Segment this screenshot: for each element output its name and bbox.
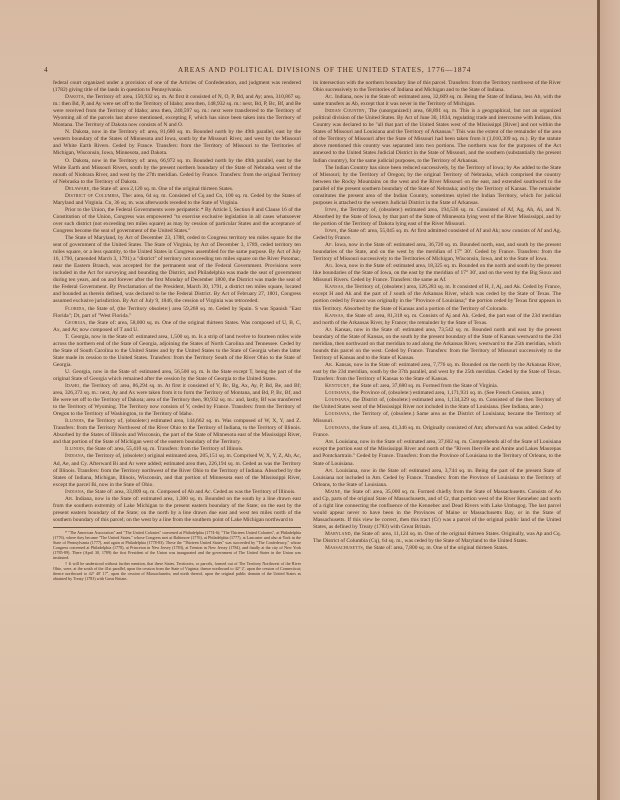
entry-text: the Territory of, (obsolete:) estimated … — [53, 418, 301, 445]
paragraph: Dakota, the Territory of: area, 150,932 … — [53, 94, 301, 129]
entry-text: the State of: area, 81,318 sq. m. Consis… — [313, 313, 561, 326]
entry-text: Prior to the Union, the Federal Governme… — [53, 207, 301, 234]
entry-text: Iowa, now in the State of: estimated are… — [313, 242, 561, 262]
paragraph: Iowa, the Territory of, (obsolete:) esti… — [313, 207, 561, 228]
paragraph: its intersection with the northern bound… — [313, 80, 561, 94]
paragraph: The State of Maryland, by Act of Decembe… — [53, 235, 301, 305]
entry-heading: Louisiana, — [325, 411, 351, 417]
entry-heading: Kentucky, — [325, 383, 351, 389]
paragraph: Kentucky, the State of: area, 37,680 sq.… — [313, 383, 561, 390]
entry-heading: Georgia, — [65, 320, 87, 326]
running-title: AREAS AND POLITICAL DIVISIONS OF THE UNI… — [178, 66, 471, 74]
paragraph: Indian Country, The (unorganized:) area,… — [313, 108, 561, 164]
entry-text: the State of: area, 35,000 sq. m. Formed… — [313, 489, 561, 530]
entry-text: the State of: area, 37,680 sq. m. Formed… — [351, 383, 498, 389]
paragraph: Prior to the Union, the Federal Governme… — [53, 207, 301, 235]
paragraph: Ak. Kansas, now in the State of: estimat… — [313, 362, 561, 383]
entry-heading: Louisiana, — [325, 425, 351, 431]
entry-text: The Indian Country has since been reduce… — [313, 165, 561, 206]
paragraph: N. Dakota, now in the Territory of: area… — [53, 129, 301, 157]
paragraph: Maine, the State of: area, 35,000 sq. m.… — [313, 489, 561, 531]
page-number: 4 — [44, 66, 49, 74]
entry-text: Louisiana, now in the State of: estimate… — [313, 439, 561, 466]
paragraph: Kansas, the Territory of, (obsolete:) ar… — [313, 284, 561, 312]
paragraph: The Indian Country has since been reduce… — [313, 165, 561, 207]
entry-heading: Maine, — [325, 489, 342, 495]
paragraph: An. Louisiana, now in the State of: esti… — [313, 468, 561, 489]
paragraph: Ab. Indiana, now in the State of: estima… — [53, 496, 301, 524]
entry-text: the State of, (the Territory obsolete:) … — [53, 306, 301, 319]
entry-text: the State of: area, 41,346 sq. m. Origin… — [313, 425, 561, 438]
paragraph: Idaho, the Territory of: area, 86,294 sq… — [53, 383, 301, 418]
entry-heading: Iowa, — [325, 207, 338, 213]
footnote-rule — [53, 527, 301, 528]
entry-heading: Kansas, — [325, 284, 345, 290]
paragraph: Ag. Iowa, now in the State of: estimated… — [313, 263, 561, 284]
entry-heading: Louisiana, — [325, 397, 351, 403]
entry-text: the State of: area 2,120 sq. m. One of t… — [91, 186, 233, 192]
paragraph: Georgia, the State of: area, 58,000 sq. … — [53, 320, 301, 334]
entry-text: the Territory of, (obsolete:) estimated … — [313, 207, 561, 227]
entry-heading: Indian Country, — [325, 108, 366, 114]
paragraph: Kansas, the State of: area, 81,318 sq. m… — [313, 313, 561, 327]
paragraph: Af. Iowa, now in the State of: estimated… — [313, 242, 561, 263]
entry-text: the Territory of, (obsolete.) Same area … — [313, 411, 561, 424]
entry-text: its intersection with the northern bound… — [313, 80, 561, 93]
entry-text: Georgia, now in the State of: estimated … — [53, 334, 301, 368]
entry-text: The (unorganized:) area, 68,891 sq. m. T… — [313, 108, 561, 163]
entry-heading: Florida, — [65, 306, 86, 312]
footnote: * "The American Association" and "The Un… — [53, 530, 301, 561]
entry-heading: Illinois, — [65, 446, 86, 452]
entry-heading: Maryland, — [325, 531, 352, 537]
paragraph: Florida, the State of, (the Territory ob… — [53, 306, 301, 320]
paragraph: Indiana, the State of: area, 33,809 sq. … — [53, 489, 301, 496]
paragraph: Maryland, the State of: area, 11,124 sq.… — [313, 531, 561, 545]
entry-heading: Kansas, — [325, 313, 345, 319]
paragraph: Illinois, the Territory of, (obsolete:) … — [53, 418, 301, 446]
entry-text: the State of: area, 55,410 sq. m. Transf… — [86, 446, 244, 452]
entry-text: the State of: area, 7,800 sq. m. One of … — [364, 545, 508, 551]
paragraph: Indiana, the Territory of, (obsolete:) o… — [53, 453, 301, 488]
entry-heading: Af. — [325, 242, 333, 248]
entry-text: the State of: area, 55,045 sq. m. At fir… — [313, 228, 561, 241]
entry-heading: Ak. — [325, 362, 334, 368]
entry-heading: Idaho, — [65, 383, 81, 389]
entry-heading: Iowa, — [325, 228, 338, 234]
entry-text: the Territory of: area, 86,294 sq. m. At… — [53, 383, 301, 417]
paragraph: O. Dakota, now in the Territory of: area… — [53, 158, 301, 186]
entry-heading: Louisiana, — [325, 390, 351, 396]
left-column: federal court organized under a provisio… — [53, 80, 301, 581]
entry-text: Louisiana, now in the State of: estimate… — [313, 468, 561, 488]
entry-text: Dakota, now in the Territory of: area, 6… — [53, 158, 301, 185]
entry-text: Indiana, now in the State of: estimated … — [313, 94, 561, 107]
paragraph: U. Georgia, now in the State of: estimat… — [53, 369, 301, 383]
entry-heading: Dakota, — [65, 94, 85, 100]
entry-heading: Illinois, — [65, 418, 86, 424]
entry-heading: Massachusetts, — [325, 545, 364, 551]
facing-page-edge — [600, 0, 620, 800]
running-head: 4 AREAS AND POLITICAL DIVISIONS OF THE U… — [40, 66, 570, 76]
paragraph: Iowa, the State of: area, 55,045 sq. m. … — [313, 228, 561, 242]
entry-text: Georgia, now in the State of: estimated … — [53, 369, 301, 382]
paragraph: T. Georgia, now in the State of: estimat… — [53, 334, 301, 369]
entry-text: federal court organized under a provisio… — [53, 80, 301, 93]
entry-heading: Indiana, — [65, 489, 86, 495]
entry-text: The State of Maryland, by Act of Decembe… — [53, 235, 301, 304]
entry-heading: Ag. — [325, 263, 334, 269]
entry-text: the State of: area, 58,000 sq. m. One of… — [53, 320, 301, 333]
entry-heading: Delaware, — [65, 186, 91, 192]
entry-text: the Territory of: area, 150,932 sq. m. A… — [53, 94, 301, 128]
entry-heading: District of Columbia, — [65, 193, 121, 199]
paragraph: Massachusetts, the State of: area, 7,800… — [313, 545, 561, 552]
paragraph: Louisiana, the Territory of, (obsolete.)… — [313, 411, 561, 425]
entry-text: Indiana, now in the State of: estimated … — [53, 496, 301, 523]
paragraph: Aj. Kansas, now in the State of: estimat… — [313, 327, 561, 362]
entry-heading: Indiana, — [65, 453, 86, 459]
paragraph: Ac. Indiana, now in the State of: estima… — [313, 94, 561, 108]
paragraph: Louisiana, the State of: area, 41,346 sq… — [313, 425, 561, 439]
entry-heading: Ab. — [65, 496, 74, 502]
entry-text: the District of, (obsolete:) estimated a… — [313, 397, 561, 410]
paragraph: Delaware, the State of: area 2,120 sq. m… — [53, 186, 301, 193]
paragraph: District of Columbia, The: area, 64 sq. … — [53, 193, 301, 207]
paragraph: Am. Louisiana, now in the State of: esti… — [313, 439, 561, 467]
entry-text: Kansas, now in the State of: estimated a… — [313, 327, 561, 361]
entry-text: Kansas, now in the State of: estimated a… — [313, 362, 561, 382]
paragraph: Louisiana, the District of, (obsolete:) … — [313, 397, 561, 411]
entry-text: Iowa, now in the State of: estimated are… — [313, 263, 561, 283]
entry-text: the Province of, (obsolete:) estimated a… — [351, 390, 544, 396]
right-column: its intersection with the northern bound… — [313, 80, 561, 552]
footnote: † It will be understood without further … — [53, 561, 301, 581]
entry-text: the Territory of, (obsolete:) area, 126,… — [313, 284, 561, 311]
entry-heading: An. — [325, 468, 334, 474]
entry-text: the Territory of, (obsolete:) original e… — [53, 453, 301, 487]
entry-text: Dakota, now in the Territory of: area, 8… — [53, 129, 301, 156]
entry-text: the State of: area, 33,809 sq. m. Compos… — [86, 489, 296, 495]
paragraph: federal court organized under a provisio… — [53, 80, 301, 94]
book-page: 4 AREAS AND POLITICAL DIVISIONS OF THE U… — [0, 0, 597, 800]
entry-heading: Ac. — [325, 94, 334, 100]
